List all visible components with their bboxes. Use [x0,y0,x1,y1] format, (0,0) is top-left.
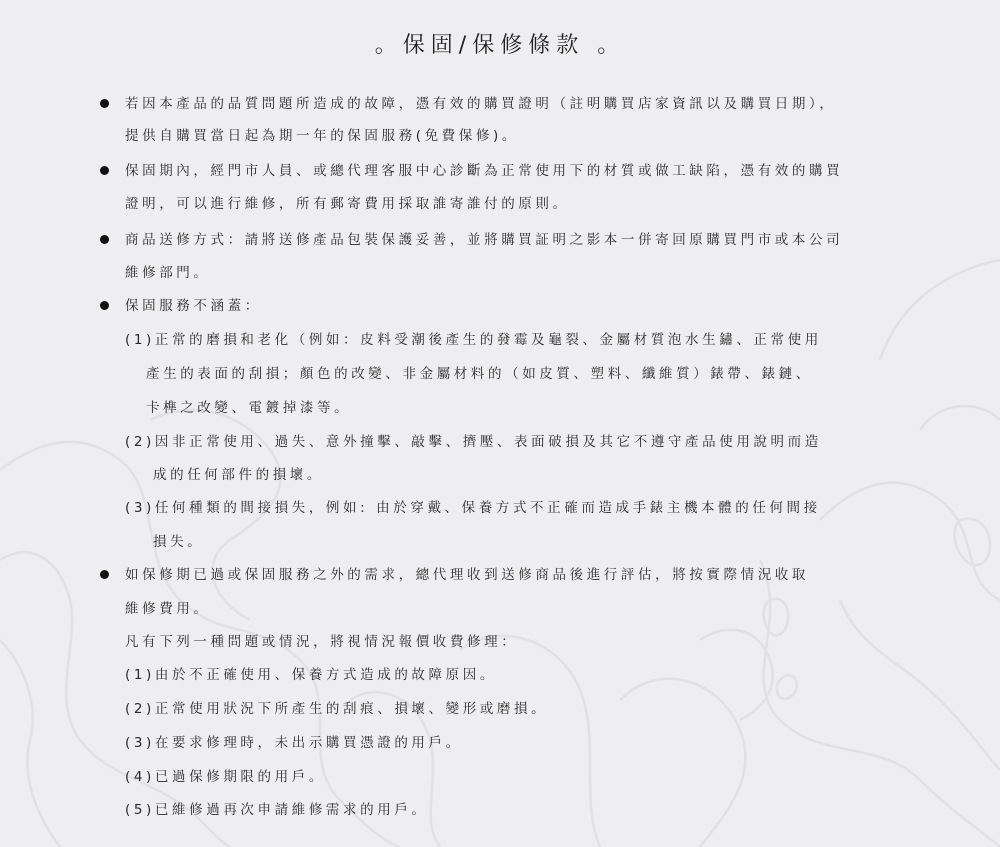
exclusion-2-line-1: (2)因非正常使用、過失、意外撞擊、敲擊、擠壓、表面破損及其它不遵守產品使用說明… [125,432,822,452]
warranty-terms-page: 。保固/保修條款 。 若因本產品的品質問題所造成的故障，憑有效的購買證明（註明購… [0,0,1000,847]
section-5-line-2: 維修費用。 [125,599,211,619]
bullet-icon [100,99,109,108]
paid-repair-item-2: (2)正常使用狀況下所產生的刮痕、損壞、變形或磨損。 [125,699,548,719]
section-3-line-1: 商品送修方式：請將送修產品包裝保護妥善，並將購買証明之影本一併寄回原購買門市或本… [125,230,843,250]
paid-repair-item-3: (3)在要求修理時，未出示購買憑證的用戶。 [125,733,463,753]
page-title: 。保固/保修條款 。 [0,28,1000,64]
section-2-line-2: 證明，可以進行維修，所有郵寄費用採取誰寄誰付的原則。 [125,194,570,214]
paid-repair-item-5: (5)已維修過再次申請維修需求的用戶。 [125,800,429,820]
exclusion-3-line-1: (3)任何種類的間接損失，例如: 由於穿戴、保養方式不正確而造成手錶主機本體的任… [125,498,821,518]
exclusion-1-line-3: 卡榫之改變、電鍍掉漆等。 [146,398,351,418]
exclusion-2-line-2: 成的任何部件的損壞。 [153,465,324,485]
exclusion-1-line-1: (1)正常的磨損和老化（例如：皮料受潮後產生的發霉及龜裂、金屬材質泡水生鏽、正常… [125,330,822,350]
section-1-line-2: 提供自購買當日起為期一年的保固服務(免費保修)。 [125,126,519,146]
section-1-line-1: 若因本產品的品質問題所造成的故障，憑有效的購買證明（註明購買店家資訊以及購買日期… [125,94,836,114]
paid-repair-intro: 凡有下列一種問題或情況，將視情況報價收費修理： [125,632,518,652]
exclusion-3-line-2: 損失。 [153,532,204,552]
bullet-icon [100,301,109,310]
paid-repair-item-1: (1)由於不正確使用、保養方式造成的故障原因。 [125,665,497,685]
exclusion-1-line-2: 產生的表面的刮損；顏色的改變、非金屬材料的（如皮質、塑料、纖維質）錶帶、錶鏈、 [146,364,813,384]
paid-repair-item-4: (4)已過保修期限的用戶。 [125,767,326,787]
section-3-line-2: 維修部門。 [125,263,211,283]
section-2-line-1: 保固期內，經門市人員、或總代理客服中心診斷為正常使用下的材質或做工缺陷，憑有效的… [125,161,843,181]
bullet-icon [100,166,109,175]
bullet-icon [100,570,109,579]
section-4-heading: 保固服務不涵蓋： [125,296,262,316]
bullet-icon [100,235,109,244]
section-5-line-1: 如保修期已過或保固服務之外的需求，總代理收到送修商品後進行評估，將按實際情況收取 [125,565,809,585]
